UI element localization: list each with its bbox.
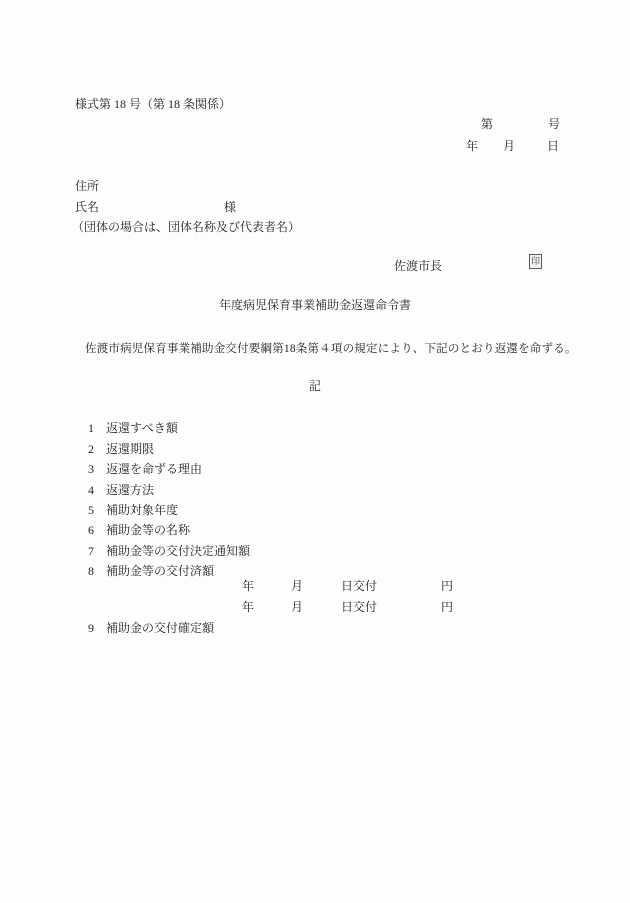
payment-month-label: 月 bbox=[291, 577, 303, 594]
payment-day-paid-label: 日交付 bbox=[341, 598, 377, 615]
item-label: 補助金等の交付済額 bbox=[106, 564, 214, 578]
seal-icon: 印 bbox=[529, 254, 542, 269]
item-label: 返還すべき額 bbox=[106, 421, 178, 435]
payment-yen-label: 円 bbox=[441, 598, 453, 615]
ki-heading: 記 bbox=[0, 377, 630, 394]
list-item-5: 5 補助対象年度 bbox=[88, 501, 178, 518]
date-month-label: 月 bbox=[503, 137, 515, 154]
item-number: 4 bbox=[88, 483, 103, 498]
list-item-3: 3 返還を命ずる理由 bbox=[88, 460, 202, 477]
payment-day-paid-label: 日交付 bbox=[341, 577, 377, 594]
item-number: 1 bbox=[88, 421, 103, 436]
name-label: 氏名 bbox=[75, 198, 99, 215]
item-number: 8 bbox=[88, 564, 103, 579]
item-label: 返還を命ずる理由 bbox=[106, 462, 202, 476]
item-label: 補助金の交付確定額 bbox=[106, 621, 214, 635]
organization-note: （団体の場合は、団体名称及び代表者名） bbox=[72, 218, 300, 235]
doc-no-suffix: 号 bbox=[548, 115, 560, 132]
item-label: 補助金等の交付決定通知額 bbox=[106, 544, 250, 558]
payment-yen-label: 円 bbox=[441, 577, 453, 594]
payment-year-label: 年 bbox=[242, 577, 254, 594]
list-item-1: 1 返還すべき額 bbox=[88, 419, 178, 436]
list-item-8: 8 補助金等の交付済額 bbox=[88, 562, 214, 579]
list-item-9: 9 補助金の交付確定額 bbox=[88, 619, 214, 636]
item-label: 返還期限 bbox=[106, 442, 154, 456]
list-item-4: 4 返還方法 bbox=[88, 481, 154, 498]
item-label: 補助金等の名称 bbox=[106, 523, 190, 537]
list-item-6: 6 補助金等の名称 bbox=[88, 521, 190, 538]
item-number: 7 bbox=[88, 544, 103, 559]
payment-month-label: 月 bbox=[291, 598, 303, 615]
item-number: 2 bbox=[88, 442, 103, 457]
item-number: 9 bbox=[88, 621, 103, 636]
item-number: 3 bbox=[88, 462, 103, 477]
payment-year-label: 年 bbox=[242, 598, 254, 615]
item-number: 5 bbox=[88, 503, 103, 518]
doc-no-prefix: 第 bbox=[481, 115, 493, 132]
item-label: 補助対象年度 bbox=[106, 503, 178, 517]
honorific-label: 様 bbox=[224, 198, 236, 215]
list-item-7: 7 補助金等の交付決定通知額 bbox=[88, 542, 250, 559]
date-year-label: 年 bbox=[466, 137, 478, 154]
list-item-2: 2 返還期限 bbox=[88, 440, 154, 457]
address-label: 住所 bbox=[75, 177, 99, 194]
item-number: 6 bbox=[88, 523, 103, 538]
mayor-name: 佐渡市長 bbox=[394, 257, 442, 274]
form-number-label: 様式第 18 号（第 18 条関係） bbox=[75, 95, 231, 112]
body-text: 佐渡市病児保育事業補助金交付要綱第18条第４項の規定により、下記のとおり返還を命… bbox=[85, 340, 577, 356]
document-title: 年度病児保育事業補助金返還命令書 bbox=[0, 296, 630, 313]
date-day-label: 日 bbox=[547, 137, 559, 154]
document-page: 様式第 18 号（第 18 条関係） 第 号 年 月 日 住所 氏名 様 （団体… bbox=[0, 0, 630, 903]
item-label: 返還方法 bbox=[106, 483, 154, 497]
